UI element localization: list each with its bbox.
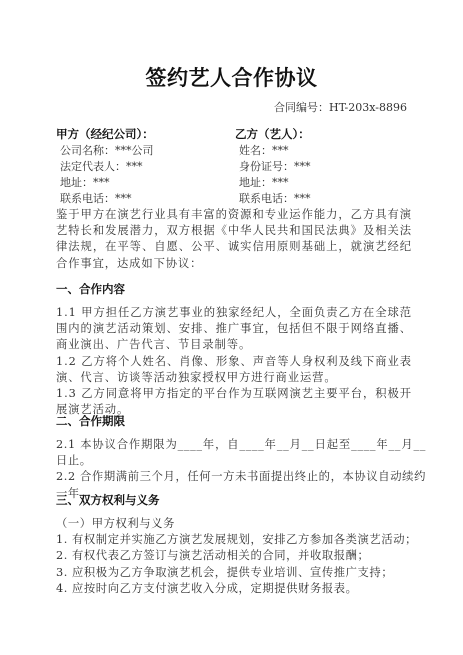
section-3-body: （一）甲方权利与义务 1.有权制定并实施乙方演艺发展规划，安排乙方参加各类演艺活…	[56, 516, 436, 597]
clause-1-1: 1.1 甲方担任乙方演艺事业的独家经纪人，全面负责乙方在全球范围内的演艺活动策划…	[56, 305, 412, 354]
section-3-subheading: （一）甲方权利与义务	[56, 516, 436, 532]
party-b-phone: 联系电话：***	[235, 191, 415, 207]
party-b-address: 地址：***	[235, 175, 415, 191]
list-item: 2.有权代表乙方签订与演艺活动相关的合同，并收取报酬；	[56, 548, 436, 564]
party-b: 乙方（艺人）： 姓名：*** 身份证号：*** 地址：*** 联系电话：***	[235, 126, 415, 207]
preamble-paragraph: 鉴于甲方在演艺行业具有丰富的资源和专业运作能力，乙方具有演艺特长和发展潜力，双方…	[56, 207, 412, 272]
contract-number: 合同编号：HT-203x-8896	[274, 100, 407, 116]
party-b-heading: 乙方（艺人）：	[235, 126, 415, 143]
party-b-id-number: 身份证号：***	[235, 159, 415, 175]
section-1-heading: 一、合作内容	[56, 280, 125, 298]
list-item: 3.应积极为乙方争取演艺机会，提供专业培训、宣传推广支持；	[56, 565, 436, 581]
parties-block: 甲方（经纪公司）： 公司名称：***公司 法定代表人：*** 地址：*** 联系…	[56, 126, 416, 206]
party-a-address: 地址：***	[56, 175, 236, 191]
party-a: 甲方（经纪公司）： 公司名称：***公司 法定代表人：*** 地址：*** 联系…	[56, 126, 236, 207]
party-a-legal-rep: 法定代表人：***	[56, 159, 236, 175]
list-item: 4.应按时向乙方支付演艺收入分成，定期提供财务报表。	[56, 581, 436, 597]
party-a-company-name: 公司名称：***公司	[56, 143, 236, 159]
party-b-name: 姓名：***	[235, 143, 415, 159]
section-2-heading: 二、合作期限	[56, 412, 125, 430]
section-1-clauses: 1.1 甲方担任乙方演艺事业的独家经纪人，全面负责乙方在全球范围内的演艺活动策划…	[56, 305, 412, 418]
clause-2-1: 2.1 本协议合作期限为____年，自____年__月__日起至____年__月…	[56, 437, 426, 469]
clause-1-2: 1.2 乙方将个人姓名、肖像、形象、声音等人身权利及线下商业表演、代言、访谈等活…	[56, 354, 412, 386]
contract-page: 签约艺人合作协议 合同编号：HT-203x-8896 甲方（经纪公司）： 公司名…	[0, 0, 463, 655]
list-item: 1.有权制定并实施乙方演艺发展规划，安排乙方参加各类演艺活动；	[56, 532, 436, 548]
party-a-heading: 甲方（经纪公司）：	[56, 126, 236, 143]
document-title: 签约艺人合作协议	[0, 64, 463, 92]
section-3-heading: 三、双方权利与义务	[56, 491, 160, 509]
party-a-phone: 联系电话：***	[56, 191, 236, 207]
